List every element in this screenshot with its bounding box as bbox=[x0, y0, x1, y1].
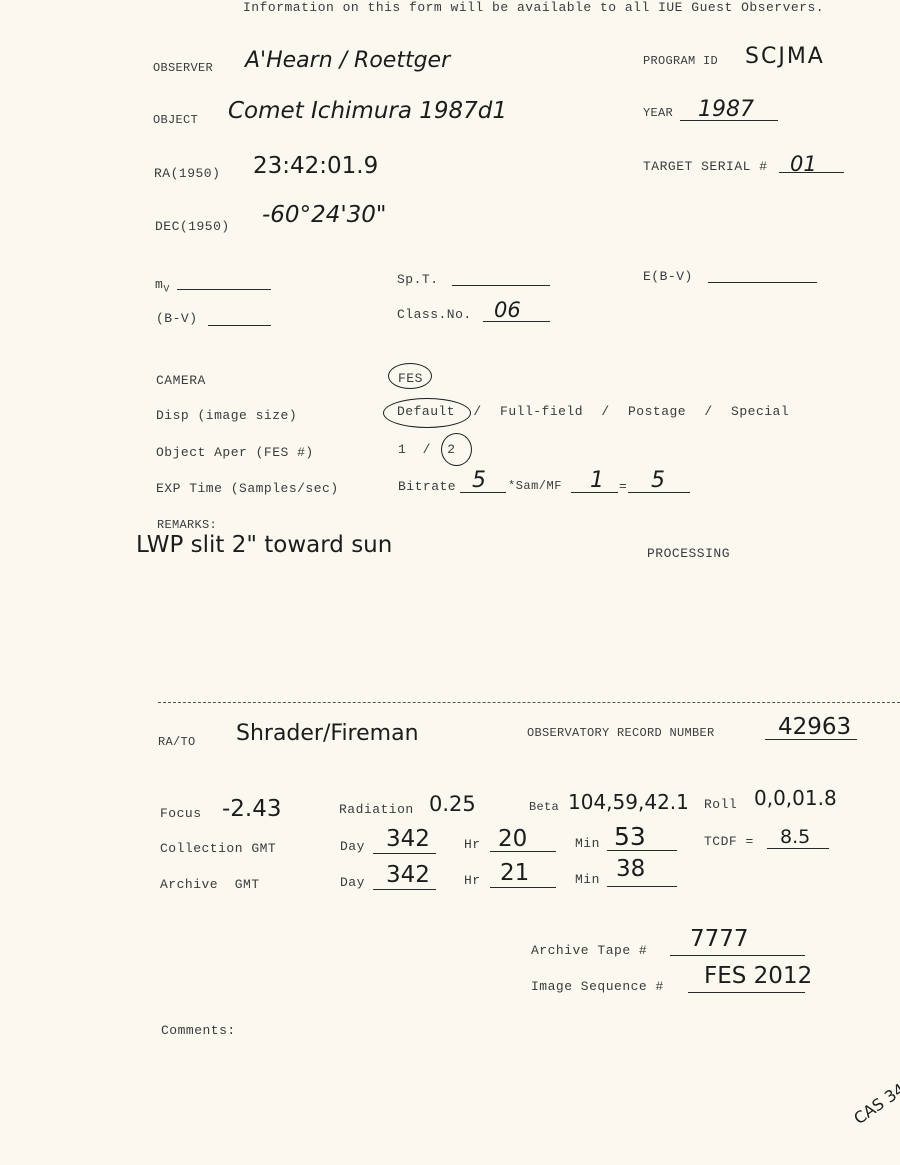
archive-day-underline bbox=[373, 889, 436, 890]
ra-to-label: RA/TO bbox=[158, 735, 196, 749]
mv-label-subscript: V bbox=[163, 285, 170, 296]
archive-hr-field[interactable]: 21 bbox=[500, 860, 529, 886]
roll-field[interactable]: 0,0,01.8 bbox=[754, 786, 837, 810]
year-label: YEAR bbox=[643, 106, 673, 120]
program-id-label: PROGRAM ID bbox=[643, 54, 718, 68]
class-no-field[interactable]: 06 bbox=[494, 298, 521, 322]
archive-tape-label: Archive Tape # bbox=[531, 943, 647, 958]
tcdf-field[interactable]: 8.5 bbox=[780, 826, 810, 848]
spt-field[interactable] bbox=[452, 285, 550, 286]
radiation-label: Radiation bbox=[339, 802, 414, 817]
image-sequence-label: Image Sequence # bbox=[531, 979, 664, 994]
bitrate-field[interactable]: 5 bbox=[472, 468, 486, 493]
disp-separator: / bbox=[601, 404, 609, 419]
exp-time-label: EXP Time (Samples/sec) bbox=[156, 481, 339, 496]
focus-field[interactable]: -2.43 bbox=[222, 796, 282, 822]
disp-separator: / bbox=[473, 404, 481, 419]
disp-label: Disp (image size) bbox=[156, 408, 297, 423]
collection-min-field[interactable]: 53 bbox=[614, 822, 646, 851]
aperture-option-1[interactable]: 1 bbox=[398, 442, 406, 457]
equals-sign: = bbox=[619, 479, 627, 494]
ebv-field[interactable] bbox=[708, 282, 817, 283]
image-sequence-field[interactable]: FES 2012 bbox=[704, 963, 812, 989]
tcdf-label: TCDF = bbox=[704, 834, 754, 849]
disp-selected-circle bbox=[383, 398, 471, 428]
ebv-label: E(B-V) bbox=[643, 269, 693, 284]
target-serial-label: TARGET SERIAL # bbox=[643, 159, 768, 174]
bv-label: (B-V) bbox=[156, 311, 198, 326]
aperture-selected-circle bbox=[441, 433, 472, 466]
disp-separator: / bbox=[704, 404, 712, 419]
class-no-label: Class.No. bbox=[397, 307, 472, 322]
archive-tape-field[interactable]: 7777 bbox=[690, 926, 749, 952]
year-field[interactable]: 1987 bbox=[698, 97, 754, 122]
ra-label: RA(1950) bbox=[154, 166, 220, 181]
archive-day-field[interactable]: 342 bbox=[386, 862, 430, 888]
object-label: OBJECT bbox=[153, 113, 198, 127]
observer-label: OBSERVER bbox=[153, 61, 213, 75]
collection-day-label: Day bbox=[340, 839, 365, 854]
bv-field[interactable] bbox=[208, 325, 271, 326]
tcdf-underline bbox=[767, 848, 829, 849]
aperture-separator: / bbox=[423, 442, 431, 457]
reviewer-initials: CAS 34P bbox=[852, 1076, 900, 1126]
remarks-field[interactable]: LWP slit 2" toward sun bbox=[136, 532, 392, 558]
archive-min-label: Min bbox=[575, 872, 600, 887]
disp-option-full-field[interactable]: Full-field bbox=[500, 404, 583, 419]
bitrate-label: Bitrate bbox=[398, 479, 456, 494]
archive-min-underline bbox=[607, 886, 677, 887]
beta-label: Beta bbox=[529, 800, 559, 814]
archive-hr-label: Hr bbox=[464, 873, 481, 888]
section-divider bbox=[158, 702, 900, 703]
header-notice: Information on this form will be availab… bbox=[243, 0, 824, 15]
mv-label: mV bbox=[155, 277, 170, 296]
aperture-label: Object Aper (FES #) bbox=[156, 445, 314, 460]
mv-field[interactable] bbox=[177, 289, 271, 290]
target-serial-field[interactable]: 01 bbox=[790, 152, 817, 176]
observer-field[interactable]: A'Hearn / Roettger bbox=[245, 48, 450, 73]
dec-field[interactable]: -60°24'30" bbox=[262, 202, 387, 228]
collection-day-underline bbox=[373, 853, 436, 854]
archive-tape-underline bbox=[670, 955, 805, 956]
collection-day-field[interactable]: 342 bbox=[386, 826, 430, 852]
remarks-label: REMARKS: bbox=[157, 518, 217, 532]
processing-label: PROCESSING bbox=[647, 546, 730, 561]
exp-result-field[interactable]: 5 bbox=[651, 468, 665, 493]
disp-option-special[interactable]: Special bbox=[731, 404, 789, 419]
sam-mf-label: *Sam/MF bbox=[508, 479, 562, 493]
program-id-field[interactable]: SCJMA bbox=[745, 44, 825, 69]
beta-field[interactable]: 104,59,42.1 bbox=[568, 790, 689, 814]
focus-label: Focus bbox=[160, 806, 202, 821]
collection-gmt-label: Collection GMT bbox=[160, 841, 276, 856]
collection-min-label: Min bbox=[575, 836, 600, 851]
collection-hr-field[interactable]: 20 bbox=[498, 826, 527, 852]
image-sequence-underline bbox=[688, 992, 805, 993]
archive-day-label: Day bbox=[340, 875, 365, 890]
ra-to-field[interactable]: Shrader/Fireman bbox=[236, 721, 419, 746]
dec-label: DEC(1950) bbox=[155, 219, 230, 234]
spt-label: Sp.T. bbox=[397, 272, 439, 287]
record-number-label: OBSERVATORY RECORD NUMBER bbox=[527, 726, 715, 740]
comments-label: Comments: bbox=[161, 1023, 236, 1038]
sam-mf-field[interactable]: 1 bbox=[590, 468, 604, 493]
disp-option-postage[interactable]: Postage bbox=[628, 404, 686, 419]
roll-label: Roll bbox=[704, 797, 737, 812]
archive-gmt-label: Archive GMT bbox=[160, 877, 260, 892]
radiation-field[interactable]: 0.25 bbox=[429, 792, 476, 816]
object-field[interactable]: Comet Ichimura 1987d1 bbox=[228, 98, 507, 124]
camera-selected-circle bbox=[388, 363, 432, 389]
archive-min-field[interactable]: 38 bbox=[616, 856, 645, 882]
collection-hr-label: Hr bbox=[464, 837, 481, 852]
camera-label: CAMERA bbox=[156, 373, 206, 388]
archive-hr-underline bbox=[490, 887, 556, 888]
comments-field[interactable] bbox=[160, 1045, 820, 1105]
ra-field[interactable]: 23:42:01.9 bbox=[253, 153, 378, 179]
record-number-field[interactable]: 42963 bbox=[778, 714, 851, 740]
